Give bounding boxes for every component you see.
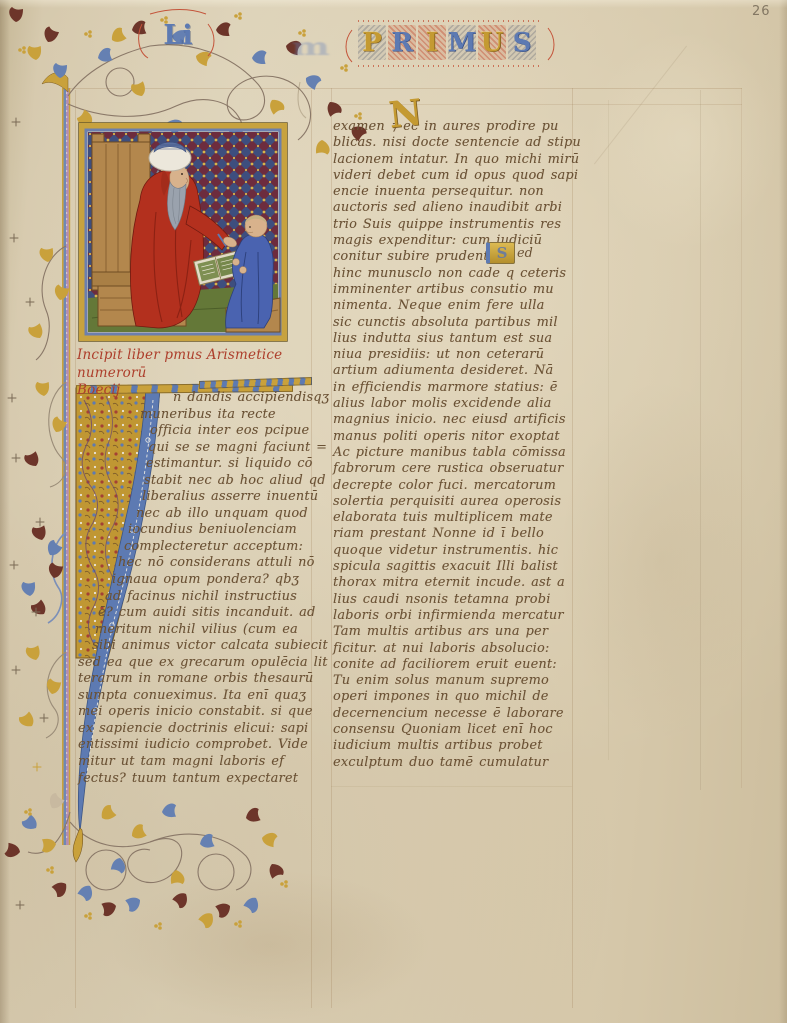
text-line: in efficiendis marmore statius: ē: [333, 380, 578, 396]
text-line: consensu Quoniam licet enī hoc: [333, 722, 578, 738]
master-hair: [150, 170, 162, 218]
page-edge-top: [0, 0, 787, 8]
text-line: meritum nichil vilius (cum ea: [95, 622, 316, 639]
parchment-stain: [560, 380, 760, 740]
ruling-line: [62, 88, 742, 89]
text-line: qui se se magni faciunt =: [148, 440, 316, 457]
turban-cap: [154, 142, 186, 152]
text-line: decernencium necesse ē laborare: [333, 706, 578, 722]
open-book: [194, 251, 242, 285]
text-line: blicas. nisi docte sentencie ad stipu: [333, 135, 578, 151]
text-line: lius caudi nsonis tetamna probi: [333, 592, 578, 608]
text-line: alius labor molis excidende alia: [333, 396, 578, 412]
title-letter-cell: P: [358, 25, 386, 60]
text-line: quoque videtur instrumentis. hic: [333, 543, 578, 559]
pupil-bench: [226, 298, 280, 332]
master-turban: [149, 145, 191, 171]
vine-spray-bottom: [28, 812, 251, 890]
border-bar: [42, 73, 70, 845]
pupil-figure: [226, 215, 280, 332]
master-figure: [130, 142, 238, 328]
text-line: ficitur. at nui laboris absolucio:: [333, 641, 578, 657]
master-hand: [222, 235, 238, 249]
initial-tail-tip: [73, 828, 83, 862]
text-line: thorax mitra eternit incude. ast a: [333, 575, 578, 591]
title-letter: U: [481, 30, 504, 56]
parchment-stain: [110, 870, 430, 1020]
text-line: magnius inicio. nec eiusd artificis: [333, 412, 578, 428]
text-line: Tam multis artibus ars una per: [333, 624, 578, 640]
text-line: mitur ut tam magni laboris ef: [78, 754, 316, 771]
ivy-leaves-margin: [17, 246, 69, 730]
text-line: artium adiumenta desideret. Nā: [333, 363, 578, 379]
text-line: estimantur. si liquido cō: [146, 456, 316, 473]
title-letter: M: [448, 30, 477, 56]
title-letter-cell: I: [418, 25, 446, 60]
parchment-crease: [594, 46, 687, 165]
text-line: complecteretur acceptum:: [124, 539, 316, 556]
text-line: imminenter artibus consutio mu: [333, 282, 578, 298]
text-line: conite ad faciliorem eruit euent:: [333, 657, 578, 673]
text-line: sibi animus victor calcata subiecit: [92, 638, 316, 655]
text-line: liberalius asserre inuentū: [142, 489, 316, 506]
text-line: conitur subire prudentis.: [333, 249, 578, 265]
text-line: muneribus ita recte: [140, 407, 316, 424]
grass-floor: [88, 284, 278, 332]
chapter-title-primus: P R I M U S: [353, 22, 541, 63]
pupil-hand: [233, 259, 240, 266]
master-arm: [186, 206, 230, 250]
folio-number: 26: [752, 4, 771, 19]
wooden-throne: [92, 134, 186, 326]
master-beard: [167, 182, 186, 230]
pen-initial-li: Li: [147, 16, 209, 60]
text-line: ignaua opum pondera? qbʒ: [112, 572, 316, 589]
text-line: sumpta conueximus. Ita enī quaʒ: [78, 688, 316, 705]
miniature-frame: [79, 123, 287, 341]
text-line: riam prestant Nonne id ī bello: [333, 526, 578, 542]
text-line: entissimi iudicio comprobet. Vide: [78, 737, 316, 754]
parchment-crease: [700, 90, 701, 790]
manuscript-page: 26 Li m P R I M U S Incipit liber pmus A…: [0, 0, 787, 1023]
text-line: iudicium multis artibus probet: [333, 738, 578, 754]
master-red-robe: [130, 170, 203, 328]
text-line: ex sapiencie doctrinis elicui: sapi: [78, 721, 316, 738]
title-letter-cell: M: [448, 25, 476, 60]
text-line: trio Suis quippe instrumentis res: [333, 217, 578, 233]
text-column-left: n dandis accipiendisqʒmuneribus ita rect…: [78, 390, 316, 787]
title-letter: S: [513, 30, 532, 56]
ruling-line: [75, 90, 76, 1008]
page-edge-right: [779, 0, 787, 1023]
text-line: mei operis inicio constabit. si que: [78, 704, 316, 721]
title-letter-cell: R: [388, 25, 416, 60]
text-line: ad facinus nichil instructius: [105, 589, 316, 606]
text-line: stabit nec ab hoc aliud qd: [144, 473, 316, 490]
ivy-leaves-bottom: [4, 792, 288, 930]
text-line: laboris orbi infirmienda mercatur: [333, 608, 578, 624]
text-line: sic cunctis absoluta partibus mil: [333, 315, 578, 331]
line-filler: [199, 377, 312, 389]
text-line: officia inter eos pcipue: [150, 423, 316, 440]
text-line: videri debet cum id opus quod sapi: [333, 168, 578, 184]
text-line: exculptum duo tamē cumulatur: [333, 755, 578, 771]
parchment-crease: [608, 100, 609, 760]
ruling-line: [331, 88, 332, 1008]
text-line: spicula sagittis exacuit Illi balist: [333, 559, 578, 575]
champ-initial-letter: S: [486, 242, 515, 264]
text-column-right: examen ⁊ ec in aures prodire publicas. n…: [333, 119, 578, 771]
vine-spray-top: [68, 45, 311, 148]
pupil-blue-robe: [226, 234, 274, 328]
pupil-hand: [240, 267, 247, 274]
ruling-line: [741, 88, 742, 788]
text-line: operi impones in quo michil de: [333, 689, 578, 705]
text-line: Tu enim solus manum supremo: [333, 673, 578, 689]
pupil-hair: [245, 216, 267, 224]
title-letter: R: [391, 30, 413, 56]
text-line: nimenta. Neque enim fere ulla: [333, 298, 578, 314]
text-line: hec nō considerans attuli nō: [118, 555, 316, 572]
text-line: iocundius beniuolenciam: [128, 522, 316, 539]
text-line: elaborata tuis multiplicem mate: [333, 510, 578, 526]
text-line: manus politi operis nitor exoptat: [333, 429, 578, 445]
miniature-painting: [78, 122, 288, 342]
champ-initial-sed: S ed: [486, 242, 533, 264]
text-line: niua presidiis: ut non ceterarū: [333, 347, 578, 363]
page-edge-left: [0, 0, 10, 1023]
margin-cross-marks: [8, 118, 48, 909]
vine-sprays-margin: [36, 246, 66, 738]
ruling-line: [331, 786, 572, 787]
text-line: hinc munusclo non cade q ceteris: [333, 266, 578, 282]
gold-initial-n: N: [387, 94, 423, 133]
title-letter: I: [426, 30, 438, 56]
text-line: magis expenditur: cum iudiciū: [333, 233, 578, 249]
ink-showthrough-mark: m: [292, 32, 336, 61]
diaper-background: [88, 132, 278, 332]
text-line: n dandis accipiendisqʒ: [173, 390, 316, 407]
text-line: decrepte color fuci. mercatorum: [333, 478, 578, 494]
champ-initial-rest: ed: [517, 246, 533, 261]
text-line: lacionem intatur. In quo michi mirū: [333, 152, 578, 168]
text-line: Ac picture manibus tabla cōmissa: [333, 445, 578, 461]
text-line: auctoris sed alieno inaudibit arbi: [333, 200, 578, 216]
text-line: lius indutta sius tantum est sua: [333, 331, 578, 347]
pupil-head: [245, 215, 267, 237]
parchment-stain: [590, 30, 780, 250]
text-line: sed ea que ex grecarum opulēcia lit: [78, 655, 316, 672]
text-line: solertia perquisiti aurea operosis: [333, 494, 578, 510]
text-line: nec ab illo unquam quod: [136, 506, 316, 523]
text-line: fectus? tuum tantum expectaret: [78, 771, 316, 788]
text-line: ē? cum auidi sitis incanduit. ad: [98, 605, 316, 622]
title-letter-cell: U: [478, 25, 506, 60]
rubric-line-1: Incipit liber pmus Arismetice: [77, 347, 312, 365]
master-face: [170, 164, 189, 193]
text-line: encie inuenta persequitur. non: [333, 184, 578, 200]
title-letter: P: [362, 30, 382, 56]
text-line: terarum in romane orbis thesaurū: [78, 671, 316, 688]
text-line: fabrorum cere rustica obseruatur: [333, 461, 578, 477]
title-letter-cell: S: [508, 25, 536, 60]
text-line: examen ⁊ ec in aures prodire pu: [333, 119, 578, 135]
